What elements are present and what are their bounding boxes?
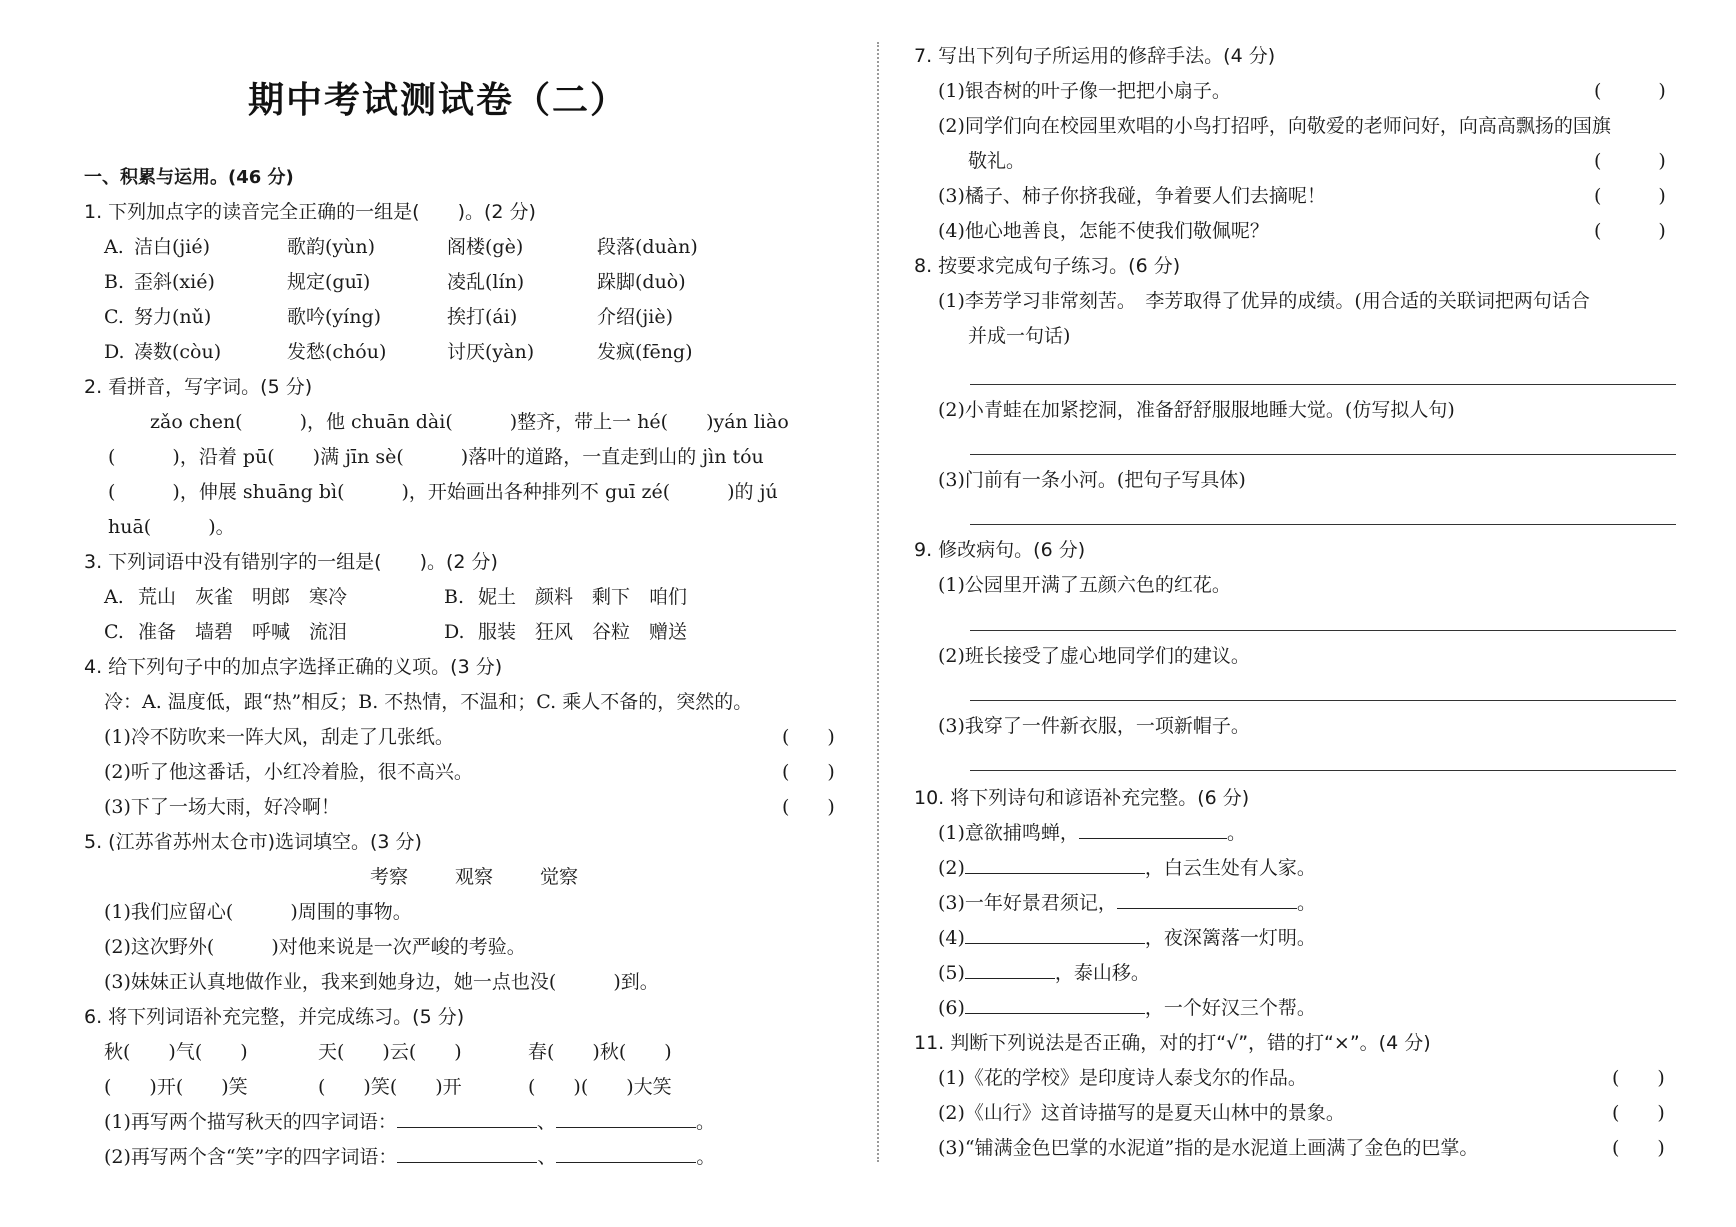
- item-row: (2)再写两个含“笑”字的四字词语：、。: [104, 1144, 715, 1170]
- option-letter: D.: [444, 619, 465, 645]
- item-row: (1)再写两个描写秋天的四字词语：、。: [104, 1109, 715, 1135]
- item-number: (5): [938, 962, 965, 984]
- question-1-stem: 1. 下列加点字的读音完全正确的一组是( )。(2 分): [84, 199, 536, 225]
- answer-line[interactable]: [970, 454, 1676, 455]
- item-text: ，泰山移。: [1055, 962, 1150, 984]
- answer-line[interactable]: [556, 1144, 696, 1163]
- item-row: (5)，泰山移。: [938, 960, 1150, 986]
- question-4-stem: 4. 给下列句子中的加点字选择正确的义项。(3 分): [84, 654, 502, 680]
- pinyin-line: zǎo chen( )，他 chuān dài( )整齐，带上一 hé( )yá…: [150, 409, 789, 435]
- option-word: 歌韵(yùn): [287, 234, 375, 260]
- option-letter: A.: [104, 234, 124, 260]
- item-number: (2): [938, 857, 965, 879]
- pinyin-line: ( )，伸展 shuāng bì( )，开始画出各种排列不 guī zé( )的…: [108, 479, 778, 505]
- option-word: 挨打(ái): [447, 304, 517, 330]
- option-word: 凌乱(lín): [447, 269, 524, 295]
- option-letter: C.: [104, 619, 124, 645]
- item-text: (1)李芳学习非常刻苦。 李芳取得了优异的成绩。(用合适的关联词把两句话合: [938, 288, 1590, 314]
- section-heading: 一、积累与运用。(46 分): [84, 165, 294, 191]
- question-6-stem: 6. 将下列词语补充完整，并完成练习。(5 分): [84, 1004, 464, 1030]
- answer-blank[interactable]: ( ): [1612, 1100, 1665, 1126]
- option-letter: A.: [104, 584, 124, 610]
- option-word: 发愁(chóu): [287, 339, 386, 365]
- answer-blank[interactable]: ( ): [1594, 78, 1666, 104]
- item-text: (2)班长接受了虚心地同学们的建议。: [938, 643, 1250, 669]
- option-word: 洁白(jié): [134, 234, 210, 260]
- item-text: 一年好景君须记，: [965, 892, 1117, 914]
- answer-line[interactable]: [965, 855, 1145, 874]
- option-letter: B.: [104, 269, 124, 295]
- period: 。: [696, 1146, 715, 1168]
- option-word: 歪斜(xié): [134, 269, 215, 295]
- item-row: (1)意欲捕鸣蝉，。: [938, 820, 1246, 846]
- item-text: (3)橘子、柿子你挤我碰，争着要人们去摘呢！: [938, 183, 1326, 209]
- question-5-stem: 5. (江苏省苏州太仓市)选词填空。(3 分): [84, 829, 422, 855]
- answer-blank[interactable]: ( ): [1594, 218, 1666, 244]
- option-word: 讨厌(yàn): [447, 339, 534, 365]
- item-text: (2)听了他这番话，小红冷着脸，很不高兴。: [104, 759, 473, 785]
- item-number: (1): [938, 822, 965, 844]
- option-word: 介绍(jiè): [597, 304, 673, 330]
- answer-line[interactable]: [397, 1144, 537, 1163]
- option-words: 服装 狂风 谷粒 赠送: [478, 619, 687, 645]
- option-letter: B.: [444, 584, 464, 610]
- item-text: 。: [1227, 822, 1246, 844]
- option-word: 歌吟(yíng): [287, 304, 381, 330]
- item-text: (1)《花的学校》是印度诗人泰戈尔的作品。: [938, 1065, 1307, 1091]
- option-word: 段落(duàn): [597, 234, 698, 260]
- option-word: 发疯(fēng): [597, 339, 693, 365]
- question-7-stem: 7. 写出下列句子所运用的修辞手法。(4 分): [914, 43, 1275, 69]
- idiom-blank: 春( )秋( ): [528, 1039, 672, 1065]
- answer-blank[interactable]: ( ): [1612, 1135, 1665, 1161]
- item-text: (2)《山行》这首诗描写的是夏天山林中的景象。: [938, 1100, 1345, 1126]
- word-choice: 观察: [455, 864, 493, 890]
- item-text: (1)冷不防吹来一阵大风，刮走了几张纸。: [104, 724, 454, 750]
- item-text: (2)同学们向在校园里欢唱的小鸟打招呼，向敬爱的老师问好，向高高飘扬的国旗: [938, 113, 1611, 139]
- answer-line[interactable]: [970, 770, 1676, 771]
- item-text: (1)公园里开满了五颜六色的红花。: [938, 572, 1231, 598]
- item-text: (3)妹妹正认真地做作业，我来到她身边，她一点也没( )到。: [104, 969, 659, 995]
- item-number: (6): [938, 997, 965, 1019]
- option-word: 阁楼(gè): [447, 234, 523, 260]
- item-text: (3)我穿了一件新衣服，一项新帽子。: [938, 713, 1250, 739]
- question-2-stem: 2. 看拼音，写字词。(5 分): [84, 374, 312, 400]
- answer-blank[interactable]: ( ): [782, 724, 835, 750]
- option-word: 凑数(còu): [134, 339, 221, 365]
- question-10-stem: 10. 将下列诗句和谚语补充完整。(6 分): [914, 785, 1249, 811]
- item-number: (4): [938, 927, 965, 949]
- answer-line[interactable]: [970, 700, 1676, 701]
- idiom-blank: 秋( )气( ): [104, 1039, 248, 1065]
- idiom-blank: 天( )云( ): [318, 1039, 462, 1065]
- word-choice: 考察: [370, 864, 408, 890]
- item-text: ，夜深篱落一灯明。: [1145, 927, 1316, 949]
- idiom-blank: ( )开( )笑: [104, 1074, 248, 1100]
- answer-line[interactable]: [970, 524, 1676, 525]
- item-text: (3)“铺满金色巴掌的水泥道”指的是水泥道上画满了金色的巴掌。: [938, 1135, 1478, 1161]
- item-text: (2)小青蛙在加紧挖洞，准备舒舒服服地睡大觉。(仿写拟人句): [938, 397, 1455, 423]
- item-text-cont: 并成一句话): [968, 323, 1070, 349]
- item-text-cont: 敬礼。: [968, 148, 1025, 174]
- option-words: 荒山 灰雀 明郎 寒冷: [138, 584, 347, 610]
- page-title: 期中考试测试卷（二）: [0, 72, 876, 123]
- answer-blank[interactable]: ( ): [782, 759, 835, 785]
- idiom-blank: ( )( )大笑: [528, 1074, 672, 1100]
- item-text: 。: [1297, 892, 1316, 914]
- item-number: (3): [938, 892, 965, 914]
- answer-line[interactable]: [1117, 890, 1297, 909]
- answer-line[interactable]: [965, 925, 1145, 944]
- item-text: (2)这次野外( )对他来说是一次严峻的考验。: [104, 934, 526, 960]
- pinyin-line: ( )，沿着 pū( )满 jīn sè( )落叶的道路，一直走到山的 jìn …: [108, 444, 764, 470]
- option-letter: D.: [104, 339, 125, 365]
- separator: 、: [537, 1111, 556, 1133]
- item-text: (1)银杏树的叶子像一把把小扇子。: [938, 78, 1231, 104]
- question-3-stem: 3. 下列词语中没有错别字的一组是( )。(2 分): [84, 549, 498, 575]
- answer-blank[interactable]: ( ): [1594, 148, 1666, 174]
- item-text: (3)门前有一条小河。(把句子写具体): [938, 467, 1246, 493]
- answer-blank[interactable]: ( ): [1612, 1065, 1665, 1091]
- column-divider: [877, 42, 879, 1162]
- item-text: 意欲捕鸣蝉，: [965, 822, 1079, 844]
- answer-line[interactable]: [965, 960, 1055, 979]
- item-text: (1)再写两个描写秋天的四字词语：: [104, 1111, 397, 1133]
- answer-blank[interactable]: ( ): [782, 794, 835, 820]
- item-row: (4)，夜深篱落一灯明。: [938, 925, 1316, 951]
- answer-line[interactable]: [397, 1109, 537, 1128]
- question-9-stem: 9. 修改病句。(6 分): [914, 537, 1085, 563]
- item-text: ，一个好汉三个帮。: [1145, 997, 1316, 1019]
- definition-line: 冷：A. 温度低，跟“热”相反；B. 不热情，不温和；C. 乘人不备的，突然的。: [104, 689, 752, 715]
- question-8-stem: 8. 按要求完成句子练习。(6 分): [914, 253, 1180, 279]
- item-text: (4)他心地善良，怎能不使我们敬佩呢？: [938, 218, 1269, 244]
- item-row: (2)，白云生处有人家。: [938, 855, 1316, 881]
- answer-line[interactable]: [556, 1109, 696, 1128]
- item-text: (3)下了一场大雨，好冷啊！: [104, 794, 340, 820]
- answer-line[interactable]: [970, 384, 1676, 385]
- separator: 、: [537, 1146, 556, 1168]
- answer-line[interactable]: [1079, 820, 1227, 839]
- item-text: ，白云生处有人家。: [1145, 857, 1316, 879]
- answer-line[interactable]: [965, 995, 1145, 1014]
- item-row: (6)，一个好汉三个帮。: [938, 995, 1316, 1021]
- question-11-stem: 11. 判断下列说法是否正确，对的打“√”，错的打“×”。(4 分): [914, 1030, 1431, 1056]
- option-words: 准备 墙碧 呼喊 流泪: [138, 619, 347, 645]
- pinyin-line: huā( )。: [108, 514, 235, 540]
- word-choice: 觉察: [540, 864, 578, 890]
- item-text: (2)再写两个含“笑”字的四字词语：: [104, 1146, 397, 1168]
- option-word: 规定(guī): [287, 269, 370, 295]
- answer-line[interactable]: [970, 630, 1676, 631]
- answer-blank[interactable]: ( ): [1594, 183, 1666, 209]
- item-text: (1)我们应留心( )周围的事物。: [104, 899, 412, 925]
- option-letter: C.: [104, 304, 124, 330]
- idiom-blank: ( )笑( )开: [318, 1074, 462, 1100]
- option-word: 努力(nǔ): [134, 304, 211, 330]
- item-row: (3)一年好景君须记，。: [938, 890, 1316, 916]
- option-words: 妮土 颜料 剩下 咱们: [478, 584, 687, 610]
- option-word: 跺脚(duò): [597, 269, 686, 295]
- period: 。: [696, 1111, 715, 1133]
